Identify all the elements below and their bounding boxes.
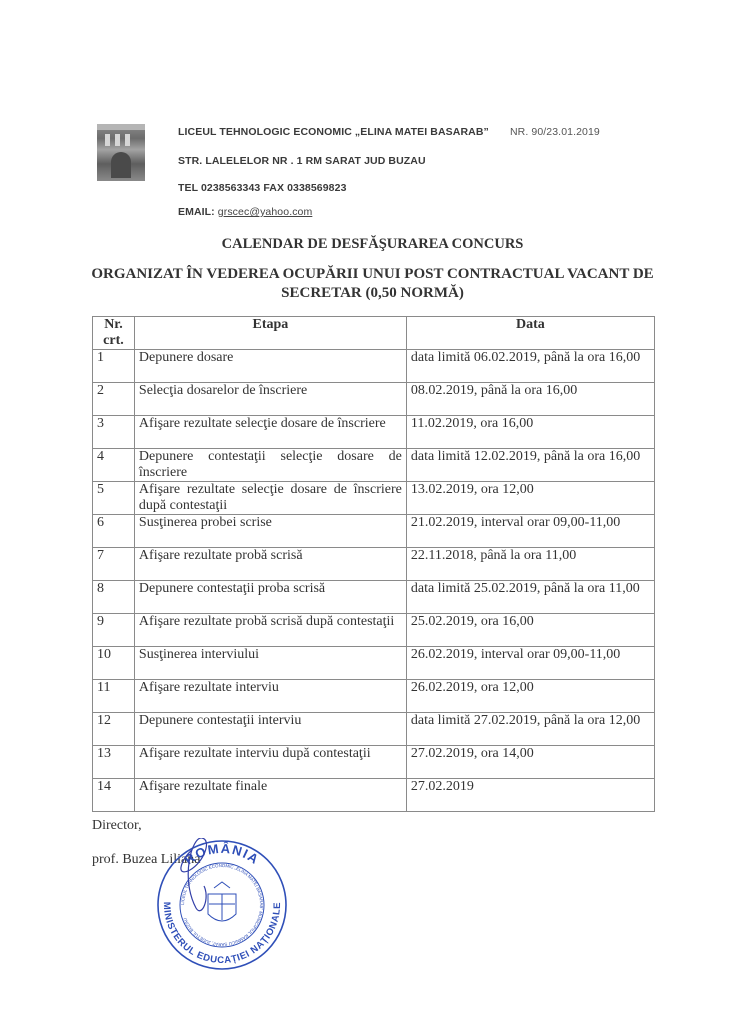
table-row: 5Afişare rezultate selecţie dosare de în… (93, 482, 655, 515)
logo-roof (97, 124, 145, 130)
row-stage: Depunere contestaţii selecţie dosare de … (134, 449, 406, 482)
row-stage: Depunere contestaţii proba scrisă (134, 581, 406, 614)
coat-of-arms-icon (208, 882, 236, 921)
row-number: 10 (93, 647, 135, 680)
row-number: 6 (93, 515, 135, 548)
row-stage: Afişare rezultate probă scrisă (134, 548, 406, 581)
header-etapa: Etapa (134, 317, 406, 350)
row-stage: Afişare rezultate interviu (134, 680, 406, 713)
email-link[interactable]: grscec@yahoo.com (218, 206, 313, 218)
calendar-table: Nr. crt. Etapa Data 1Depunere dosaredata… (92, 316, 655, 812)
table-row: 2Selecţia dosarelor de înscriere08.02.20… (93, 383, 655, 416)
row-number: 14 (93, 779, 135, 812)
row-stage: Afişare rezultate selecţie dosare de îns… (134, 416, 406, 449)
row-stage: Selecţia dosarelor de înscriere (134, 383, 406, 416)
row-date: 26.02.2019, ora 12,00 (406, 680, 654, 713)
table-row: 7Afişare rezultate probă scrisă22.11.201… (93, 548, 655, 581)
table-row: 6Susţinerea probei scrise21.02.2019, int… (93, 515, 655, 548)
header-data: Data (406, 317, 654, 350)
document-title: CALENDAR DE DESFĂŞURAREA CONCURS (0, 236, 745, 253)
table-row: 4Depunere contestaţii selecţie dosare de… (93, 449, 655, 482)
row-number: 13 (93, 746, 135, 779)
row-date: 21.02.2019, interval orar 09,00-11,00 (406, 515, 654, 548)
row-date: data limită 25.02.2019, până la ora 11,0… (406, 581, 654, 614)
table-row: 3Afişare rezultate selecţie dosare de în… (93, 416, 655, 449)
row-number: 5 (93, 482, 135, 515)
row-date: data limită 12.02.2019, până la ora 16,0… (406, 449, 654, 482)
row-date: 27.02.2019 (406, 779, 654, 812)
document-subtitle-line1: ORGANIZAT ÎN VEDEREA OCUPĂRII UNUI POST … (0, 266, 745, 283)
registration-number: NR. 90/23.01.2019 (510, 126, 600, 138)
row-number: 2 (93, 383, 135, 416)
header-nr-crt: Nr. crt. (93, 317, 135, 350)
row-date: 26.02.2019, interval orar 09,00-11,00 (406, 647, 654, 680)
row-date: 25.02.2019, ora 16,00 (406, 614, 654, 647)
logo-door (111, 152, 131, 178)
row-stage: Susţinerea interviului (134, 647, 406, 680)
row-number: 8 (93, 581, 135, 614)
document-subtitle-line2: SECRETAR (0,50 NORMĂ) (0, 285, 745, 302)
row-stage: Depunere contestaţii interviu (134, 713, 406, 746)
row-date: 08.02.2019, până la ora 16,00 (406, 383, 654, 416)
row-number: 1 (93, 350, 135, 383)
row-stage: Depunere dosare (134, 350, 406, 383)
school-logo-image (97, 124, 145, 181)
email-label: EMAIL: (178, 206, 215, 218)
row-date: data limită 06.02.2019, până la ora 16,0… (406, 350, 654, 383)
table-row: 9Afişare rezultate probă scrisă după con… (93, 614, 655, 647)
row-date: 13.02.2019, ora 12,00 (406, 482, 654, 515)
row-stage: Afişare rezultate selecţie dosare de îns… (134, 482, 406, 515)
row-date: 22.11.2018, până la ora 11,00 (406, 548, 654, 581)
signatory-role: Director, (92, 818, 142, 834)
table-row: 1Depunere dosaredata limită 06.02.2019, … (93, 350, 655, 383)
row-number: 7 (93, 548, 135, 581)
logo-window (115, 134, 120, 146)
table-row: 13Afişare rezultate interviu după contes… (93, 746, 655, 779)
school-phone-fax: TEL 0238563343 FAX 0338569823 (178, 182, 347, 194)
school-email-line: EMAIL: grscec@yahoo.com (178, 206, 312, 218)
row-number: 12 (93, 713, 135, 746)
table-row: 11Afişare rezultate interviu26.02.2019, … (93, 680, 655, 713)
row-number: 3 (93, 416, 135, 449)
logo-window (125, 134, 130, 146)
table-row: 8Depunere contestaţii proba scrisădata l… (93, 581, 655, 614)
row-stage: Afişare rezultate finale (134, 779, 406, 812)
row-number: 4 (93, 449, 135, 482)
row-number: 9 (93, 614, 135, 647)
row-number: 11 (93, 680, 135, 713)
row-date: 11.02.2019, ora 16,00 (406, 416, 654, 449)
row-date: 27.02.2019, ora 14,00 (406, 746, 654, 779)
school-address: STR. LALELELOR NR . 1 RM SARAT JUD BUZAU (178, 155, 426, 167)
row-stage: Susţinerea probei scrise (134, 515, 406, 548)
table-row: 14Afişare rezultate finale27.02.2019 (93, 779, 655, 812)
table-row: 12Depunere contestaţii interviudata limi… (93, 713, 655, 746)
official-stamp: ROMÂNIA MINISTERUL EDUCAȚIEI NAȚIONALE L… (152, 838, 292, 972)
table-row: 10Susţinerea interviului26.02.2019, inte… (93, 647, 655, 680)
row-stage: Afişare rezultate probă scrisă după cont… (134, 614, 406, 647)
school-name: LICEUL TEHNOLOGIC ECONOMIC „ELINA MATEI … (178, 126, 489, 138)
logo-window (105, 134, 110, 146)
row-date: data limită 27.02.2019, până la ora 12,0… (406, 713, 654, 746)
row-stage: Afişare rezultate interviu după contesta… (134, 746, 406, 779)
table-header-row: Nr. crt. Etapa Data (93, 317, 655, 350)
